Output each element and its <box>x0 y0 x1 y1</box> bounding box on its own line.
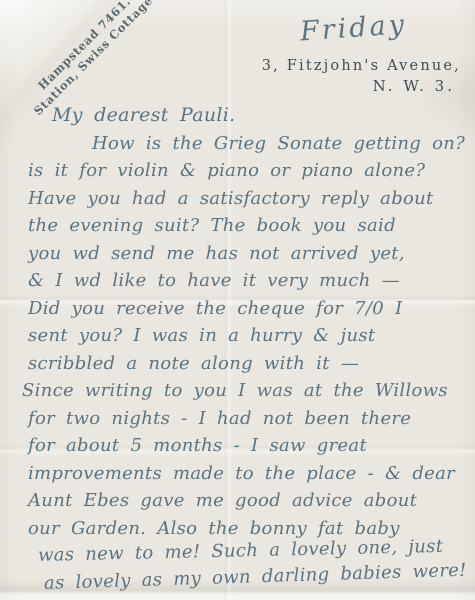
letter-line: the evening suit? The book you said <box>28 212 469 240</box>
letter-line: Since writing to you I was at the Willow… <box>22 377 469 405</box>
letter-line: is it for violin & piano or piano alone? <box>28 157 469 185</box>
letterhead-address: 3, Fitzjohn's Avenue, N. W. 3. <box>262 58 461 95</box>
stamp-line-1: Hampstead 7461. <box>35 0 133 93</box>
letter-body: My dearest Pauli. How is the Grieg Sonat… <box>28 102 469 597</box>
letter-line: improvements made to the place - & dear <box>28 460 469 488</box>
letter-line: scribbled a note along with it — <box>28 350 469 378</box>
letter-line: Did you receive the cheque for 7/0 I <box>28 295 469 323</box>
letter-line: & I wd like to have it very much — <box>28 267 469 295</box>
letter-line: Aunt Ebes gave me good advice about <box>28 487 469 515</box>
letter-line: Have you had a satisfactory reply about <box>28 185 469 213</box>
letter-line: How is the Grieg Sonate getting on? <box>92 130 469 158</box>
letter-line: for about 5 months - I saw great <box>28 432 469 460</box>
stamp-line-2: Station, Swiss Cottage. <box>31 0 159 118</box>
letter-line: sent you? I was in a hurry & just <box>28 322 469 350</box>
letter-page: Hampstead 7461. Station, Swiss Cottage. … <box>0 0 475 600</box>
address-street: 3, Fitzjohn's Avenue, <box>262 58 461 74</box>
letter-line: for two nights - I had not been there <box>28 405 469 433</box>
address-district: N. W. 3. <box>262 77 461 95</box>
letter-line: you wd send me has not arrived yet, <box>28 240 469 268</box>
salutation: My dearest Pauli. <box>52 102 469 130</box>
handwritten-day: Friday <box>299 8 431 48</box>
